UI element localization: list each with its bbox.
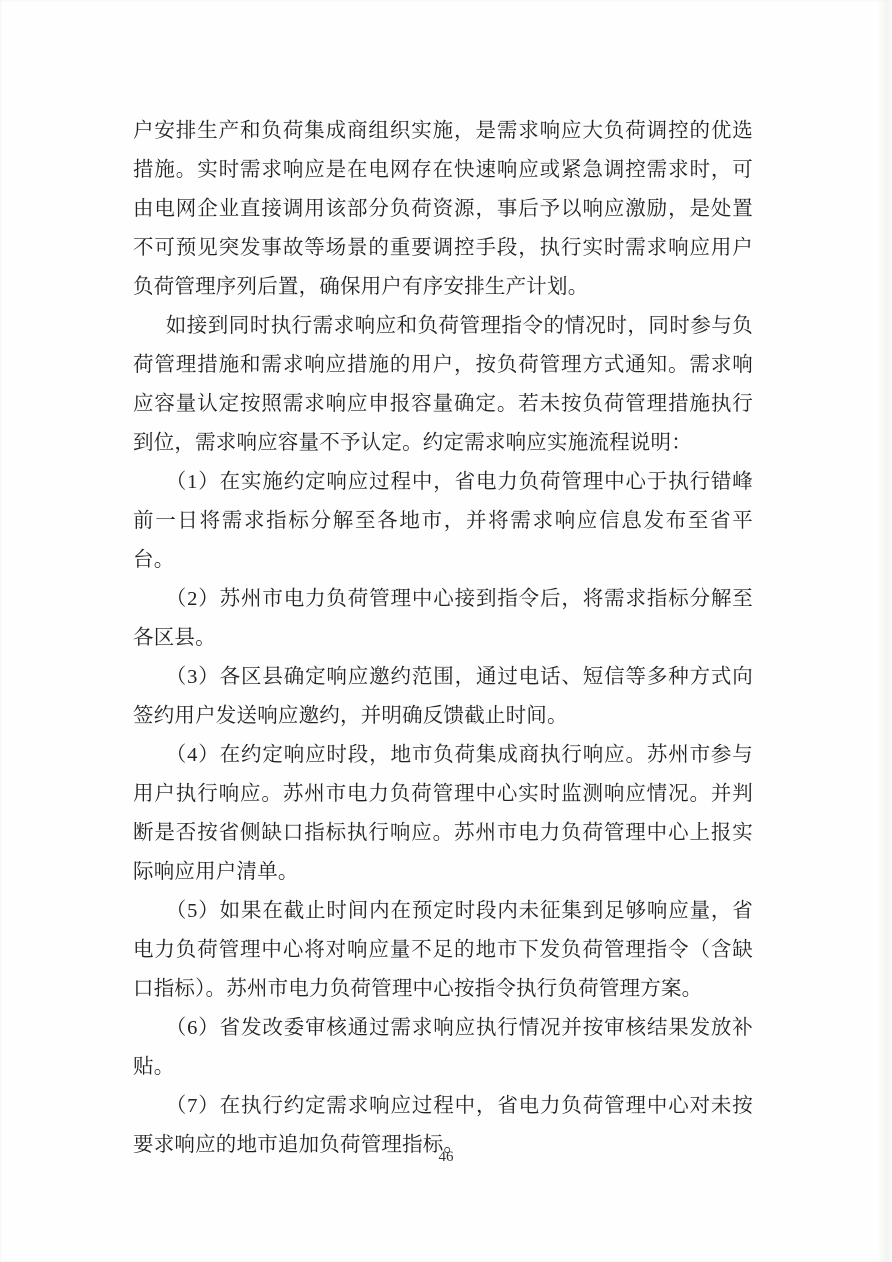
- paragraph: 如接到同时执行需求响应和负荷管理指令的情况时，同时参与负荷管理措施和需求响应措施…: [133, 307, 753, 463]
- paragraph: （4）在约定响应时段，地市负荷集成商执行响应。苏州市参与用户执行响应。苏州市电力…: [133, 736, 753, 892]
- paragraph: （1）在实施约定响应过程中，省电力负荷管理中心于执行错峰前一日将需求指标分解至各…: [133, 463, 753, 580]
- document-page: 户安排生产和负荷集成商组织实施，是需求响应大负荷调控的优选措施。实时需求响应是在…: [0, 0, 892, 1262]
- document-body: 户安排生产和负荷集成商组织实施，是需求响应大负荷调控的优选措施。实时需求响应是在…: [133, 112, 753, 1165]
- scan-edge-shading: [878, 0, 892, 1262]
- paragraph: （3）各区县确定响应邀约范围，通过电话、短信等多种方式向签约用户发送响应邀约，并…: [133, 658, 753, 736]
- paragraph: （5）如果在截止时间内在预定时段内未征集到足够响应量，省电力负荷管理中心将对响应…: [133, 892, 753, 1009]
- paragraph: （6）省发改委审核通过需求响应执行情况并按审核结果发放补贴。: [133, 1009, 753, 1087]
- page-number: 46: [0, 1147, 892, 1167]
- paragraph: （2）苏州市电力负荷管理中心接到指令后，将需求指标分解至各区县。: [133, 580, 753, 658]
- paragraph: 户安排生产和负荷集成商组织实施，是需求响应大负荷调控的优选措施。实时需求响应是在…: [133, 112, 753, 307]
